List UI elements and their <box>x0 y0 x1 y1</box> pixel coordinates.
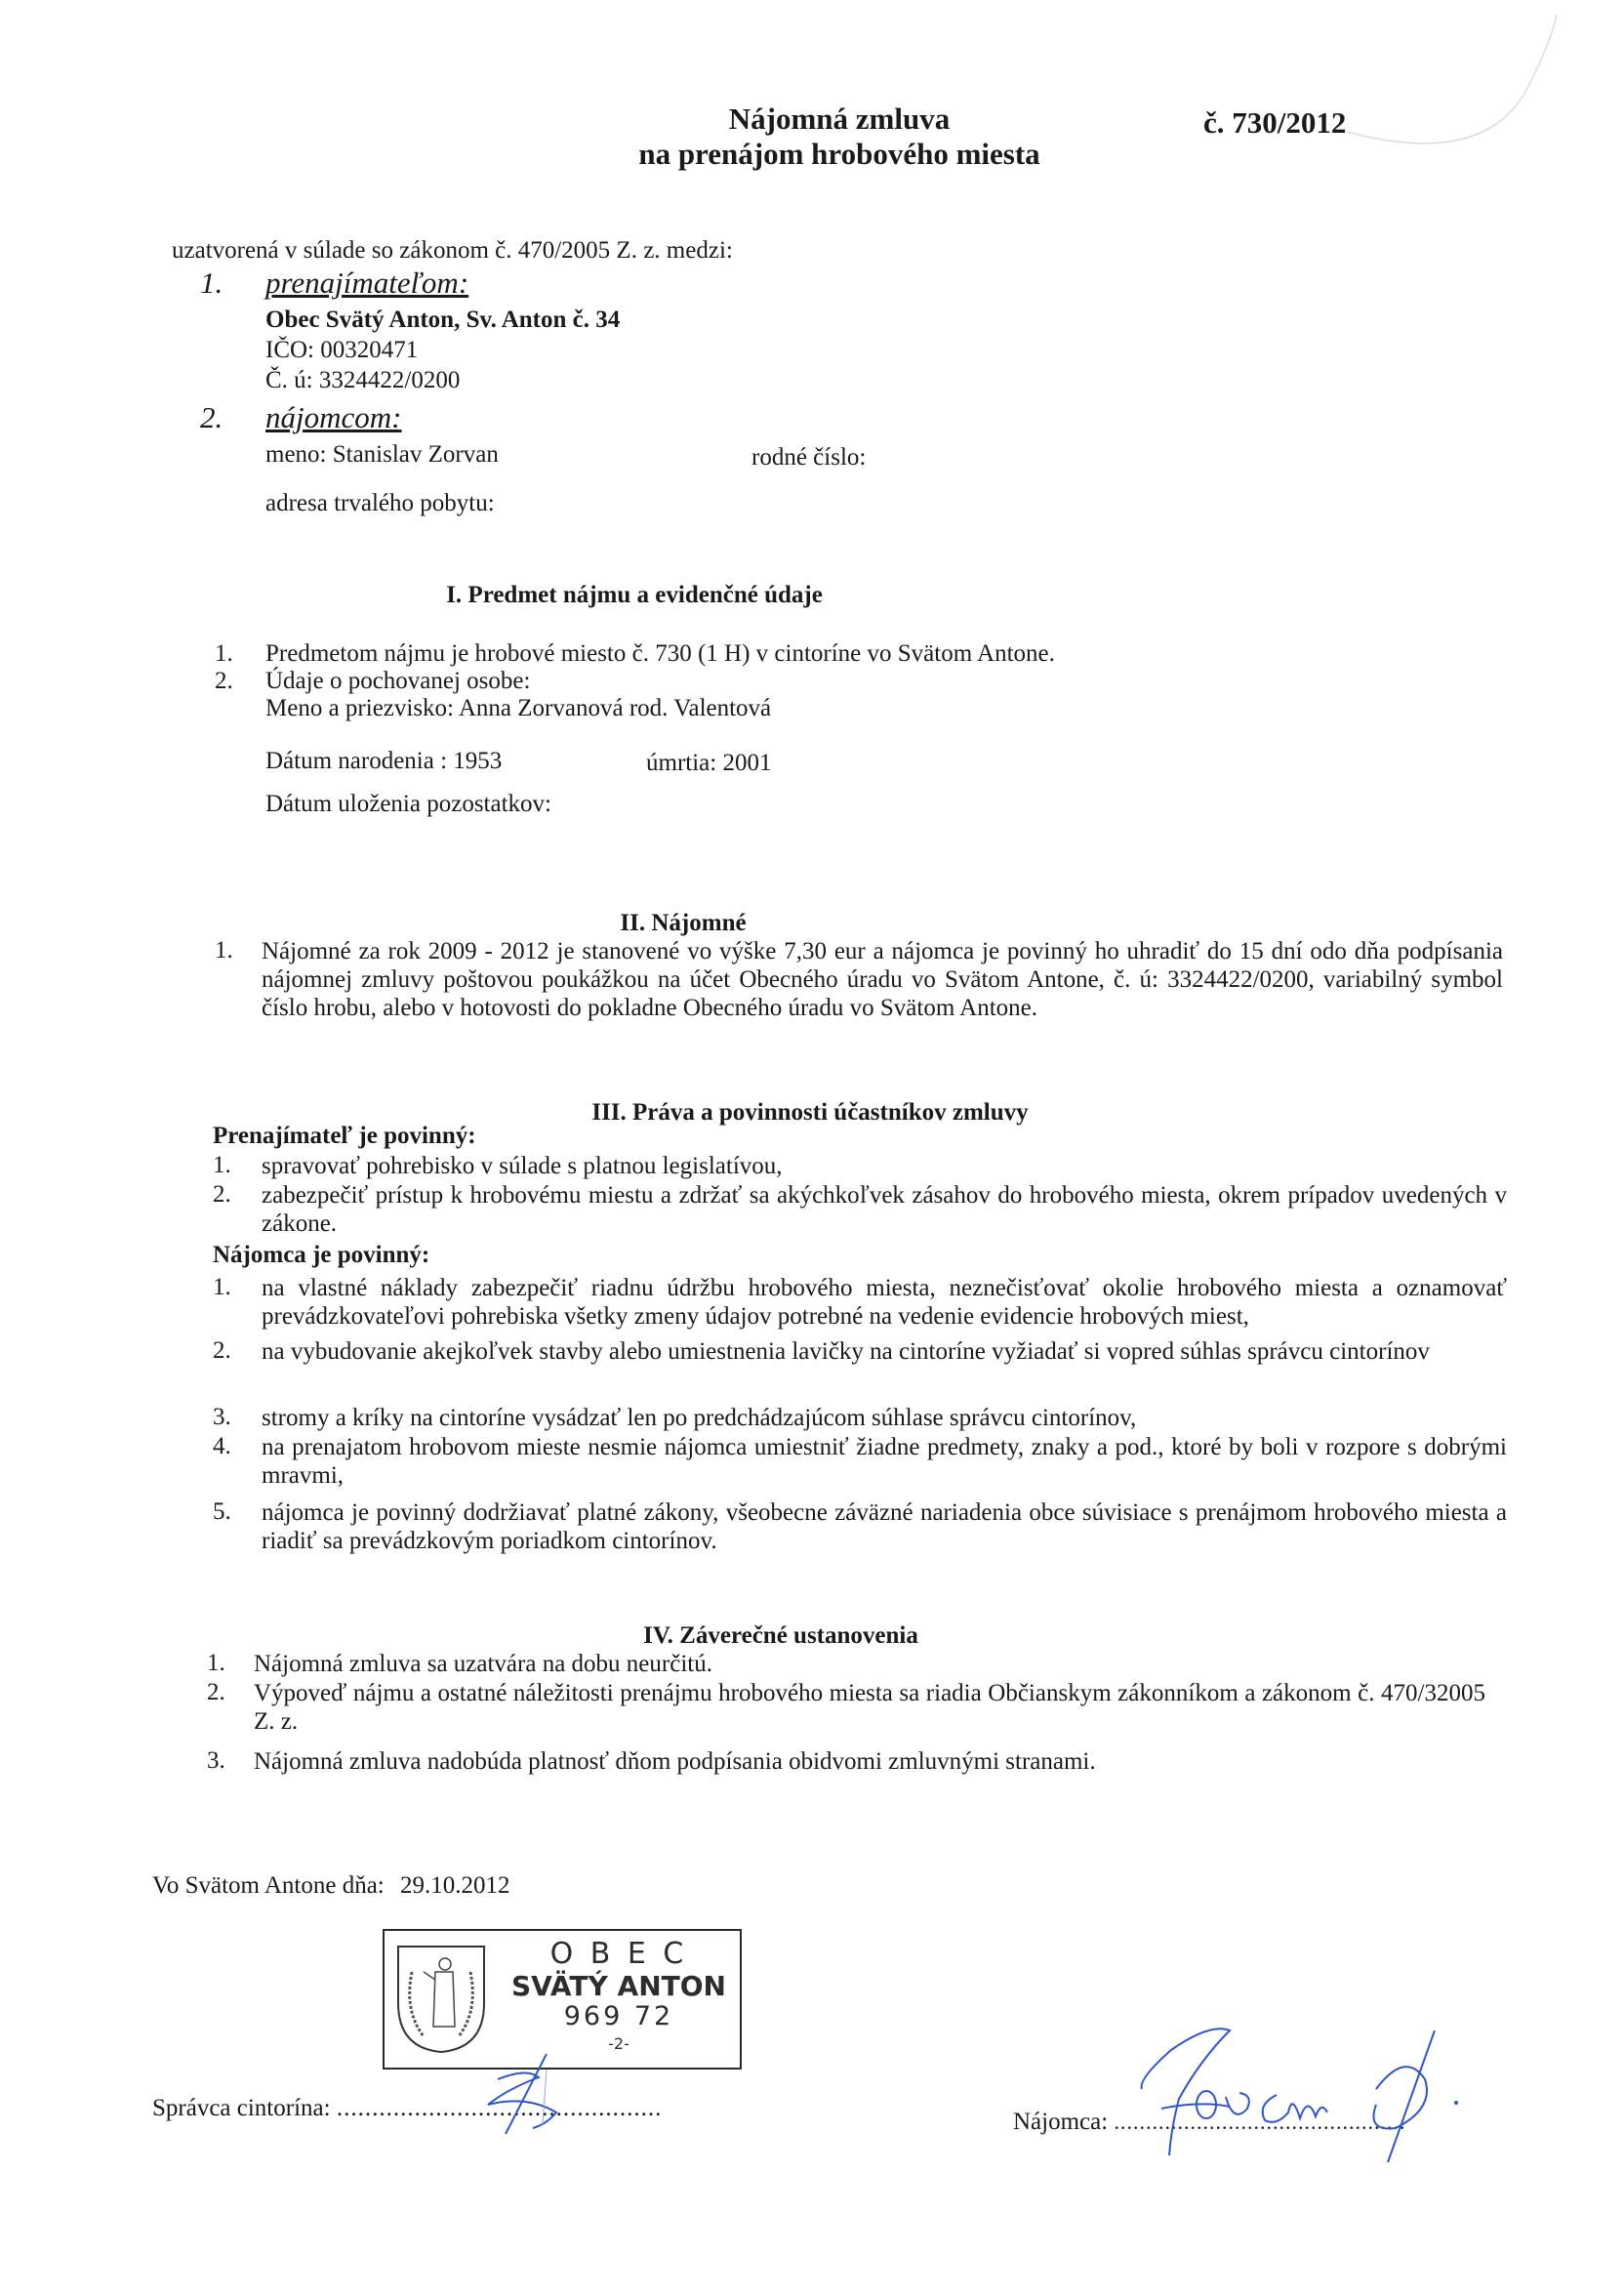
title-line-1: Nájomná zmluva <box>498 102 1181 137</box>
s3-landlord-1-text: spravovať pohrebisko v súlade s platnou … <box>262 1152 1507 1180</box>
stamp-line-2: SVÄTÝ ANTON <box>502 1970 736 2002</box>
section-2-heading: II. Nájomné <box>410 910 956 937</box>
s3-landlord-2-text: zabezpečiť prístup k hrobovému miestu a … <box>262 1181 1507 1238</box>
section-3-heading: III. Práva a povinnosti účastníkov zmluv… <box>410 1099 1210 1127</box>
s3-tenant-3-num: 3. <box>213 1404 231 1431</box>
s3-landlord-2-num: 2. <box>213 1181 231 1209</box>
birth-date: Dátum narodenia : 1953 <box>265 748 502 775</box>
party-1-label: prenajímateľom: <box>265 266 468 301</box>
deceased-name: Meno a priezvisko: Anna Zorvanová rod. V… <box>265 695 771 722</box>
s4-item-3-text: Nájomná zmluva nadobúda platnosť dňom po… <box>254 1747 1485 1776</box>
landlord-ico: IČO: 00320471 <box>265 337 418 364</box>
landlord-obligations-heading: Prenajímateľ je povinný: <box>213 1123 476 1150</box>
address-label: adresa trvalého pobytu: <box>265 490 495 517</box>
s1-item-1-text: Predmetom nájmu je hrobové miesto č. 730… <box>265 640 1055 668</box>
s3-tenant-3-text: stromy a kríky na cintoríne vysádzať len… <box>262 1404 1507 1432</box>
remains-date-label: Dátum uloženia pozostatkov: <box>265 791 551 818</box>
coat-of-arms-icon <box>394 1943 488 2056</box>
s3-landlord-1-num: 1. <box>213 1152 231 1179</box>
scan-artifact <box>1347 0 1624 176</box>
tenant-obligations-heading: Nájomca je povinný: <box>213 1242 429 1269</box>
s3-tenant-4-num: 4. <box>213 1433 231 1460</box>
s3-tenant-1-text: na vlastné náklady zabezpečiť riadnu údr… <box>262 1274 1507 1331</box>
landlord-name: Obec Svätý Anton, Sv. Anton č. 34 <box>265 307 620 334</box>
s2-item-1-text: Nájomné za rok 2009 - 2012 je stanovené … <box>262 937 1503 1022</box>
s4-item-3-num: 3. <box>207 1747 225 1775</box>
official-stamp: O B E C SVÄTÝ ANTON 969 72 -2- <box>383 1929 742 2070</box>
s3-tenant-2-num: 2. <box>213 1337 231 1365</box>
s3-tenant-2-text: na vybudovanie akejkoľvek stavby alebo u… <box>262 1337 1507 1366</box>
s4-item-1-text: Nájomná zmluva sa uzatvára na dobu neurč… <box>254 1650 1485 1678</box>
manager-signature <box>478 2050 586 2138</box>
manager-label: Správca cintorína: <box>152 2095 331 2121</box>
stamp-line-1: O B E C <box>502 1937 736 1971</box>
s1-item-2-num: 2. <box>215 668 233 695</box>
signing-date: 29.10.2012 <box>400 1872 510 1899</box>
s3-tenant-5-text: nájomca je povinný dodržiavať platné zák… <box>262 1498 1507 1555</box>
s2-item-1-num: 1. <box>215 937 233 964</box>
tenant-signature <box>1132 2011 1503 2167</box>
section-1-heading: I. Predmet nájmu a evidenčné údaje <box>195 582 1074 609</box>
tenant-label: Nájomca: <box>1013 2109 1108 2135</box>
s3-tenant-5-num: 5. <box>213 1498 231 1526</box>
document-title: Nájomná zmluva na prenájom hrobového mie… <box>498 102 1181 172</box>
place-date-label: Vo Svätom Antone dňa: <box>152 1872 385 1899</box>
title-line-2: na prenájom hrobového miesta <box>498 137 1181 172</box>
landlord-account: Č. ú: 3324422/0200 <box>265 367 460 394</box>
s1-item-1-num: 1. <box>215 640 233 668</box>
stamp-line-3: 969 72 <box>502 2001 736 2031</box>
s3-tenant-4-text: na prenajatom hrobovom mieste nesmie náj… <box>262 1433 1507 1490</box>
death-date: úmrtia: 2001 <box>646 750 771 777</box>
section-4-heading: IV. Záverečné ustanovenia <box>449 1622 1113 1650</box>
place-date: Vo Svätom Antone dňa: 29.10.2012 <box>152 1872 509 1900</box>
s4-item-2-num: 2. <box>207 1679 225 1706</box>
tenant-name: meno: Stanislav Zorvan <box>265 441 499 469</box>
s4-item-1-num: 1. <box>207 1650 225 1677</box>
intro-text: uzatvorená v súlade so zákonom č. 470/20… <box>172 237 733 265</box>
s1-item-2-text: Údaje o pochovanej osobe: <box>265 668 530 695</box>
party-2-label: nájomcom: <box>265 400 401 435</box>
party-1-number: 1. <box>200 266 223 301</box>
s4-item-2-text: Výpoveď nájmu a ostatné náležitosti pren… <box>254 1679 1485 1736</box>
s3-tenant-1-num: 1. <box>213 1274 231 1301</box>
contract-number: č. 730/2012 <box>1203 105 1346 141</box>
birth-number-label: rodné číslo: <box>751 444 866 471</box>
party-2-number: 2. <box>200 400 223 435</box>
